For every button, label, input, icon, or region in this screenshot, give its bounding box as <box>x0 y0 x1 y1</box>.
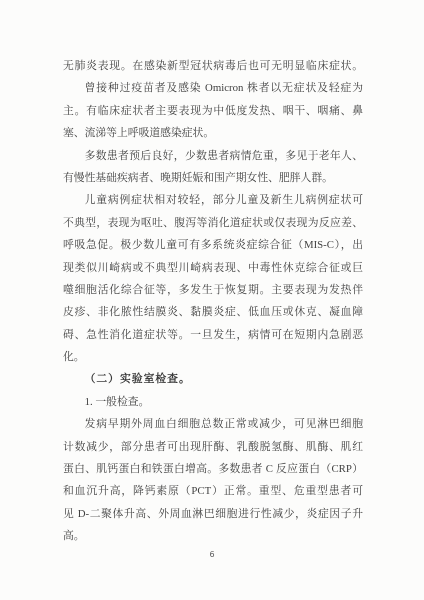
paragraph: 儿童病例症状相对较轻，部分儿童及新生儿病例症状可不典型，表现为呕吐、腹泻等消化道… <box>63 189 363 368</box>
text-line: 呼吸急促。极少数儿童可有多系统炎症综合征（MIS-C），出 <box>63 234 363 256</box>
text-line: 和血沉升高，降钙素原（PCT）正常。重型、危重型患者可 <box>63 480 363 502</box>
paragraph: 曾接种过疫苗者及感染 Omicron 株者以无症状及轻症为主。有临床症状者主要表… <box>63 77 363 144</box>
text-line: 见 D-二聚体升高、外周血淋巴细胞进行性减少，炎症因子升 <box>63 503 363 525</box>
text-line: 蛋白、肌钙蛋白和铁蛋白增高。多数患者 C 反应蛋白（CRP） <box>63 458 363 480</box>
text-line: 皮疹、非化脓性结膜炎、黏膜炎症、低血压或休克、凝血障 <box>63 301 363 323</box>
text-line: 儿童病例症状相对较轻，部分儿童及新生儿病例症状可 <box>63 189 363 211</box>
page-footer: 6 <box>0 549 424 561</box>
text-line: （二）实验室检查。 <box>63 368 363 390</box>
text-line: 现类似川崎病或不典型川崎病表现、中毒性休克综合征或巨 <box>63 257 363 279</box>
text-line: 化。 <box>63 346 363 368</box>
text-line: 塞、流涕等上呼吸道感染症状。 <box>63 122 363 144</box>
text-line: 曾接种过疫苗者及感染 Omicron 株者以无症状及轻症为 <box>63 77 363 99</box>
text-line: 噬细胞活化综合征等，多发生于恢复期。主要表现为发热伴 <box>63 279 363 301</box>
paragraph: 无肺炎表现。在感染新型冠状病毒后也可无明显临床症状。 <box>63 55 363 77</box>
text-line: 有慢性基础疾病者、晚期妊娠和围产期女性、肥胖人群。 <box>63 167 363 189</box>
text-line: 不典型，表现为呕吐、腹泻等消化道症状或仅表现为反应差、 <box>63 212 363 234</box>
text-line: 无肺炎表现。在感染新型冠状病毒后也可无明显临床症状。 <box>63 55 363 77</box>
text-line: 碍、急性消化道症状等。一旦发生，病情可在短期内急剧恶 <box>63 324 363 346</box>
text-line: 高。 <box>63 525 363 547</box>
paragraph: 多数患者预后良好，少数患者病情危重，多见于老年人、有慢性基础疾病者、晚期妊娠和围… <box>63 145 363 190</box>
text-line: 主。有临床症状者主要表现为中低度发热、咽干、咽痛、鼻 <box>63 100 363 122</box>
text-line: 发病早期外周血白细胞总数正常或减少，可见淋巴细胞 <box>63 413 363 435</box>
document-body: 无肺炎表现。在感染新型冠状病毒后也可无明显临床症状。曾接种过疫苗者及感染 Omi… <box>63 55 363 548</box>
text-line: 1. 一般检查。 <box>63 391 363 413</box>
paragraph: 1. 一般检查。 <box>63 391 363 413</box>
text-line: 多数患者预后良好，少数患者病情危重，多见于老年人、 <box>63 145 363 167</box>
page-number: 6 <box>209 550 214 559</box>
paragraph: 发病早期外周血白细胞总数正常或减少，可见淋巴细胞计数减少，部分患者可出现肝酶、乳… <box>63 413 363 547</box>
text-line: 计数减少，部分患者可出现肝酶、乳酸脱氢酶、肌酶、肌红 <box>63 436 363 458</box>
document-page: 无肺炎表现。在感染新型冠状病毒后也可无明显临床症状。曾接种过疫苗者及感染 Omi… <box>0 0 424 600</box>
section-heading: （二）实验室检查。 <box>63 368 363 390</box>
